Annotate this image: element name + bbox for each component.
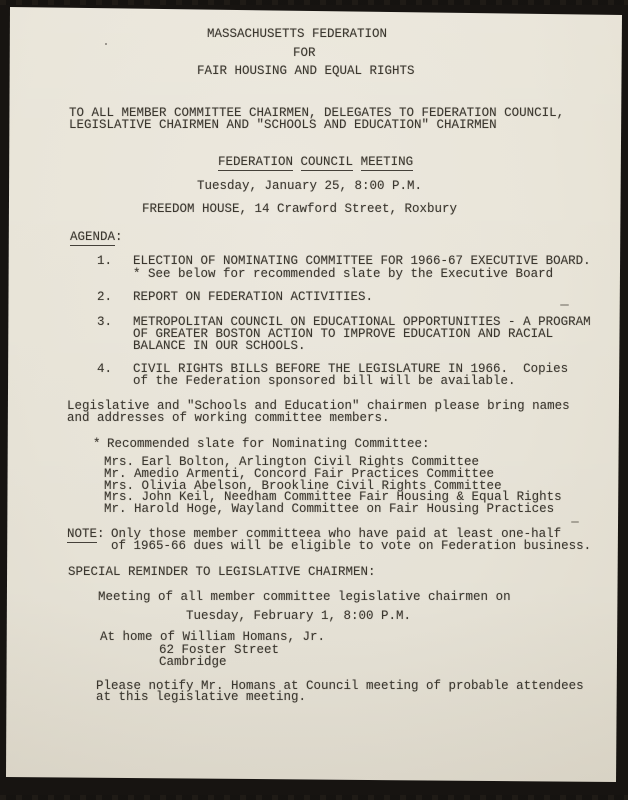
meeting-title-word-3: MEETING [361, 155, 414, 171]
salutation-line-2: LEGISLATIVE CHAIRMEN AND "SCHOOLS AND ED… [69, 119, 497, 132]
document-content: MASSACHUSETTS FEDERATION FOR FAIR HOUSIN… [0, 0, 628, 800]
reminder-line-1: Meeting of all member committee legislat… [98, 591, 511, 604]
agenda-item-line: REPORT ON FEDERATION ACTIVITIES. [133, 291, 373, 304]
agenda-item-line: BALANCE IN OUR SCHOOLS. [133, 340, 306, 353]
agenda-item-line: * See below for recommended slate by the… [133, 268, 553, 281]
meeting-title: FEDERATION COUNCIL MEETING [218, 156, 413, 169]
org-name-line-2: FOR [293, 47, 316, 60]
meeting-title-word-2: COUNCIL [301, 155, 354, 171]
agenda-heading-colon: : [115, 230, 123, 244]
agenda-item-number: 3. [97, 316, 112, 329]
agenda-item-number: 4. [97, 363, 112, 376]
note-heading-colon: : [97, 527, 105, 541]
note-heading-label: NOTE [67, 527, 97, 543]
agenda-item-number: 2. [97, 291, 112, 304]
scan-speck [105, 43, 107, 45]
slate-heading: Recommended slate for Nominating Committ… [107, 438, 430, 451]
reminder-datetime: Tuesday, February 1, 8:00 P.M. [186, 610, 411, 623]
agenda-item-number: 1. [97, 255, 112, 268]
agenda-heading: AGENDA: [70, 231, 123, 244]
scan-smudge [571, 521, 579, 523]
photo-frame-top-edge [0, 0, 628, 5]
meeting-title-word-1: FEDERATION [218, 155, 293, 171]
slate-star: * [93, 438, 101, 451]
bring-names-line-2: and addresses of working committee membe… [67, 412, 390, 425]
meeting-datetime: Tuesday, January 25, 8:00 P.M. [197, 180, 422, 193]
host-address-city: Cambridge [159, 656, 227, 669]
reminder-heading: SPECIAL REMINDER TO LEGISLATIVE CHAIRMEN… [68, 566, 376, 579]
note-line-2: of 1965-66 dues will be eligible to vote… [111, 540, 591, 553]
note-heading: NOTE: [67, 528, 105, 541]
org-name-line-1: MASSACHUSETTS FEDERATION [207, 28, 387, 41]
org-name-line-3: FAIR HOUSING AND EQUAL RIGHTS [197, 65, 415, 78]
agenda-item-line: of the Federation sponsored bill will be… [133, 375, 516, 388]
scan-smudge [560, 304, 569, 306]
document-paper: MASSACHUSETTS FEDERATION FOR FAIR HOUSIN… [0, 0, 628, 800]
slate-name: Mr. Harold Hoge, Wayland Committee on Fa… [104, 503, 554, 516]
photo-frame-bottom-edge [0, 795, 628, 800]
agenda-heading-label: AGENDA [70, 230, 115, 246]
meeting-location: FREEDOM HOUSE, 14 Crawford Street, Roxbu… [142, 203, 457, 216]
closing-line-2: at this legislative meeting. [96, 691, 306, 704]
